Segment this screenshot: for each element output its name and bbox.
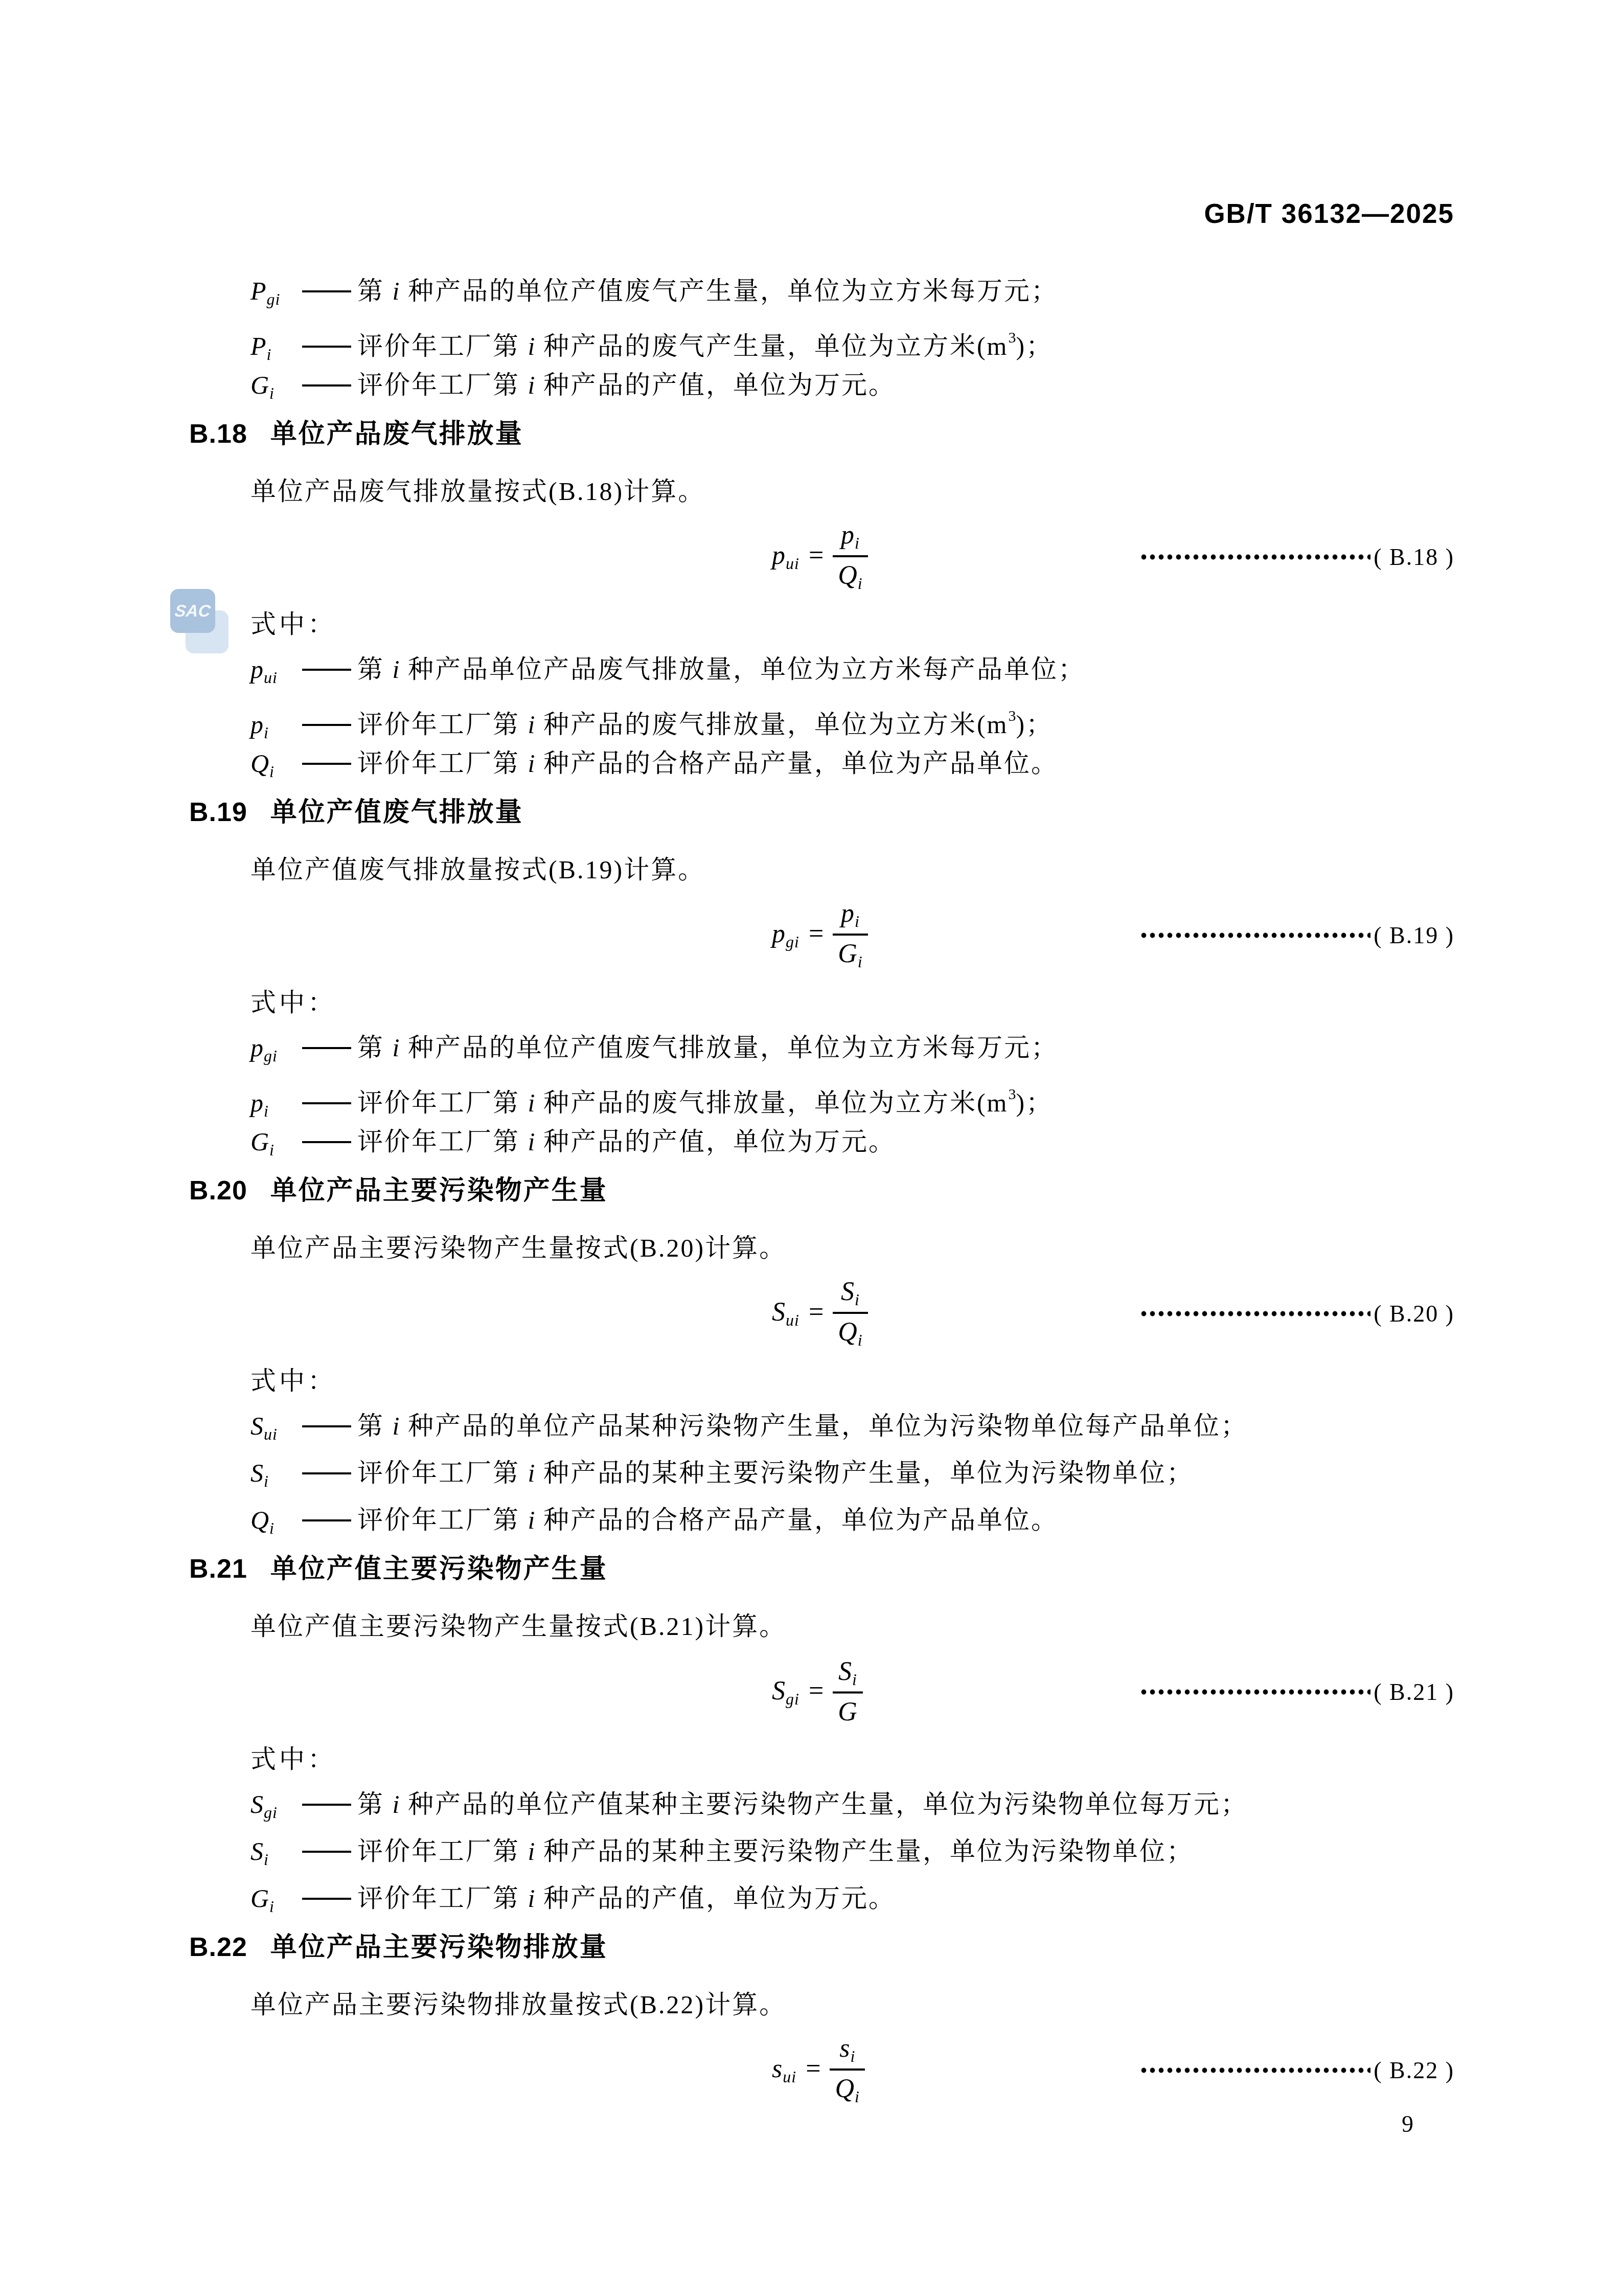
fraction-numerator: si (834, 2035, 860, 2068)
formula-number: ( B.18 ) (1374, 543, 1454, 571)
fraction: pi Gi (833, 900, 867, 970)
fraction: Si G (833, 1658, 863, 1725)
section-heading-b21: B.21单位产值主要污染物产生量 (189, 1554, 1454, 1584)
formula-lhs: sui= (772, 2054, 830, 2086)
formula-b19: pgi= pi Gi ( B.19 ) (189, 894, 1454, 976)
definition-text: 评价年工厂第 i 种产品的合格产品产量，单位为产品单位。 (299, 1506, 1058, 1534)
symbol-definition: Qi评价年工厂第 i 种产品的合格产品产量，单位为产品单位。 (189, 1496, 1454, 1543)
formula-lhs: pui= (772, 540, 833, 573)
symbol-definition: Sui第 i 种产品的单位产品某种污染物产生量，单位为污染物单位每产品单位； (189, 1402, 1454, 1449)
where-label: 式中： (189, 1744, 1454, 1775)
formula-b18: pui= pi Qi ( B.18 ) (189, 516, 1454, 598)
dots-leader (1139, 1688, 1370, 1695)
symbol-definitions: Sgi第 i 种产品的单位产值某种主要污染物产生量，单位为污染物单位每万元； S… (189, 1781, 1454, 1922)
where-label: 式中： (189, 1366, 1454, 1396)
section-number: B.19 (189, 797, 247, 828)
definition-text: 评价年工厂第 i 种产品的某种主要污染物产生量，单位为污染物单位； (299, 1837, 1194, 1866)
document-page: GB/T 36132—2025 SAC Pgi第 i 种产品的单位产值废气产生量… (0, 0, 1623, 2296)
symbol-definition: Gi评价年工厂第 i 种产品的产值，单位为万元。 (189, 1875, 1454, 1922)
fraction-denominator: Qi (833, 555, 867, 592)
symbol-definitions-continued: Pgi第 i 种产品的单位产值废气产生量，单位为立方米每万元； Pi评价年工厂第… (189, 267, 1454, 408)
definition-text: 第 i 种产品的单位产品某种污染物产生量，单位为污染物单位每产品单位； (299, 1412, 1248, 1440)
symbol-definition: pi评价年工厂第 i 种产品的废气排放量，单位为立方米(m3)； (189, 693, 1454, 740)
fraction-numerator: Si (833, 1658, 862, 1692)
symbol-definitions: Sui第 i 种产品的单位产品某种污染物产生量，单位为污染物单位每产品单位； S… (189, 1402, 1454, 1543)
section-number: B.21 (189, 1554, 247, 1584)
definition-text: 第 i 种产品单位产品废气排放量，单位为立方米每产品单位； (299, 655, 1085, 684)
fraction-denominator: Qi (830, 2068, 864, 2105)
fraction-denominator: G (833, 1692, 863, 1725)
section-paragraph: 单位产品废气排放量按式(B.18)计算。 (189, 476, 1454, 507)
section-title: 单位产品主要污染物排放量 (270, 1933, 608, 1962)
section-heading-b19: B.19单位产值废气排放量 (189, 797, 1454, 828)
formula-lhs: Sgi= (772, 1675, 833, 1708)
section-title: 单位产品废气排放量 (270, 419, 523, 449)
definition-text: 评价年工厂第 i 种产品的某种主要污染物产生量，单位为污染物单位； (299, 1459, 1194, 1487)
symbol-definition: pgi第 i 种产品的单位产值废气排放量，单位为立方米每万元； (189, 1024, 1454, 1071)
symbol: Gi (250, 1118, 299, 1173)
symbol-definition: Si评价年工厂第 i 种产品的某种主要污染物产生量，单位为污染物单位； (189, 1449, 1454, 1496)
symbol-definitions: pgi第 i 种产品的单位产值废气排放量，单位为立方米每万元； pi评价年工厂第… (189, 1024, 1454, 1165)
section-title: 单位产值主要污染物产生量 (270, 1554, 608, 1584)
dots-leader (1139, 2066, 1370, 2074)
symbol-definition: Pi评价年工厂第 i 种产品的废气产生量，单位为立方米(m3)； (189, 314, 1454, 361)
definition-text: 评价年工厂第 i 种产品的产值，单位为万元。 (299, 1884, 896, 1913)
symbol: Qi (250, 740, 299, 795)
symbol: Gi (250, 361, 299, 417)
symbol-definition: pi评价年工厂第 i 种产品的废气排放量，单位为立方米(m3)； (189, 1071, 1454, 1118)
symbol-definition: Pgi第 i 种产品的单位产值废气产生量，单位为立方米每万元； (189, 267, 1454, 314)
section-number: B.20 (189, 1175, 247, 1206)
section-paragraph: 单位产品主要污染物排放量按式(B.22)计算。 (189, 1989, 1454, 2020)
symbol-definition: Gi评价年工厂第 i 种产品的产值，单位为万元。 (189, 361, 1454, 408)
symbol: Gi (250, 1875, 299, 1930)
page-content: Pgi第 i 种产品的单位产值废气产生量，单位为立方米每万元； Pi评价年工厂第… (189, 0, 1454, 2111)
definition-text: 评价年工厂第 i 种产品的产值，单位为万元。 (299, 371, 896, 399)
definition-text: 第 i 种产品的单位产值废气产生量，单位为立方米每万元； (299, 277, 1058, 305)
symbol-definitions: pui第 i 种产品单位产品废气排放量，单位为立方米每产品单位； pi评价年工厂… (189, 646, 1454, 787)
symbol-definition: Sgi第 i 种产品的单位产值某种主要污染物产生量，单位为污染物单位每万元； (189, 1781, 1454, 1828)
section-heading-b22: B.22单位产品主要污染物排放量 (189, 1932, 1454, 1963)
where-label: 式中： (189, 609, 1454, 640)
fraction-denominator: Qi (833, 1312, 867, 1348)
fraction-denominator: Gi (833, 934, 867, 970)
section-paragraph: 单位产值废气排放量按式(B.19)计算。 (189, 854, 1454, 885)
section-number: B.22 (189, 1932, 247, 1963)
formula-leader: ( B.18 ) (1139, 543, 1454, 571)
fraction: pi Qi (833, 522, 867, 592)
fraction: Si Qi (833, 1279, 867, 1348)
formula-number: ( B.21 ) (1374, 1678, 1454, 1706)
definition-text: 第 i 种产品的单位产值废气排放量，单位为立方米每万元； (299, 1033, 1058, 1062)
section-heading-b20: B.20单位产品主要污染物产生量 (189, 1175, 1454, 1206)
fraction-numerator: Si (836, 1279, 865, 1312)
formula-leader: ( B.20 ) (1139, 1300, 1454, 1327)
formula-b20: Sui= Si Qi ( B.20 ) (189, 1272, 1454, 1354)
definition-text: 第 i 种产品的单位产值某种主要污染物产生量，单位为污染物单位每万元； (299, 1790, 1248, 1818)
formula-leader: ( B.22 ) (1139, 2057, 1454, 2084)
section-paragraph: 单位产品主要污染物产生量按式(B.20)计算。 (189, 1233, 1454, 1263)
formula-number: ( B.20 ) (1374, 1300, 1454, 1327)
definition-text: 评价年工厂第 i 种产品的废气排放量，单位为立方米(m3)； (299, 1088, 1053, 1117)
section-number: B.18 (189, 419, 247, 449)
formula-expression: sui= si Qi (772, 2035, 865, 2105)
symbol-definition: Qi评价年工厂第 i 种产品的合格产品产量，单位为产品单位。 (189, 740, 1454, 787)
definition-text: 评价年工厂第 i 种产品的废气排放量，单位为立方米(m3)； (299, 710, 1053, 739)
formula-expression: pgi= pi Gi (772, 900, 868, 970)
dots-leader (1139, 553, 1370, 560)
formula-number: ( B.22 ) (1374, 2057, 1454, 2084)
page-number: 9 (1402, 2110, 1413, 2138)
fraction-numerator: pi (836, 522, 865, 555)
formula-leader: ( B.19 ) (1139, 922, 1454, 949)
formula-b21: Sgi= Si G ( B.21 ) (189, 1651, 1454, 1733)
definition-text: 评价年工厂第 i 种产品的产值，单位为万元。 (299, 1127, 896, 1156)
fraction-numerator: pi (836, 900, 865, 934)
formula-leader: ( B.21 ) (1139, 1678, 1454, 1706)
symbol-definition: Gi评价年工厂第 i 种产品的产值，单位为万元。 (189, 1118, 1454, 1165)
section-title: 单位产品主要污染物产生量 (270, 1176, 608, 1206)
formula-expression: Sui= Si Qi (772, 1279, 868, 1348)
symbol-definition: Si评价年工厂第 i 种产品的某种主要污染物产生量，单位为污染物单位； (189, 1828, 1454, 1875)
section-title: 单位产值废气排放量 (270, 798, 523, 827)
dots-leader (1139, 1310, 1370, 1317)
fraction: si Qi (830, 2035, 864, 2105)
formula-lhs: Sui= (772, 1297, 833, 1330)
formula-expression: pui= pi Qi (772, 522, 868, 592)
symbol: Qi (250, 1496, 299, 1552)
section-paragraph: 单位产值主要污染物产生量按式(B.21)计算。 (189, 1611, 1454, 1642)
formula-number: ( B.19 ) (1374, 922, 1454, 949)
definition-text: 评价年工厂第 i 种产品的合格产品产量，单位为产品单位。 (299, 749, 1058, 778)
formula-lhs: pgi= (772, 919, 833, 951)
symbol-definition: pui第 i 种产品单位产品废气排放量，单位为立方米每产品单位； (189, 646, 1454, 693)
formula-expression: Sgi= Si G (772, 1658, 863, 1725)
dots-leader (1139, 931, 1370, 939)
formula-b22: sui= si Qi ( B.22 ) (189, 2029, 1454, 2111)
where-label: 式中： (189, 987, 1454, 1018)
section-heading-b18: B.18单位产品废气排放量 (189, 419, 1454, 449)
definition-text: 评价年工厂第 i 种产品的废气产生量，单位为立方米(m3)； (299, 332, 1053, 360)
